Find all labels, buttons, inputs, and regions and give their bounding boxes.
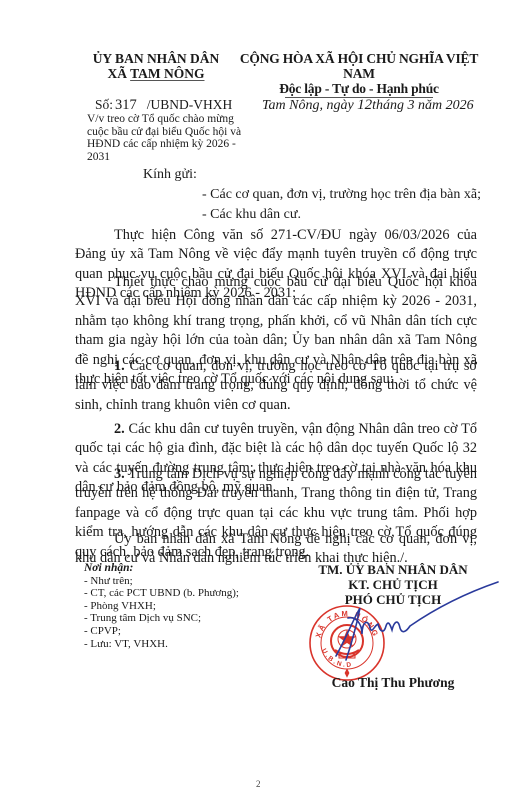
sign-line-1: TM. ỦY BAN NHÂN DÂN [300,562,486,577]
item-number: 2. [114,421,125,437]
authority-prefix: XÃ [107,66,130,81]
signer-name: Cao Thị Thu Phương [300,675,486,691]
so-suffix: /UBND-VHXH [147,97,233,112]
national-title: CỘNG HÒA XÃ HỘI CHỦ NGHĨA VIỆT NAM Độc l… [232,51,486,98]
item-number: 1. [114,358,125,374]
recipients-label: Kính gửi: [143,166,197,184]
recipient-item: - Các khu dân cư. [202,206,301,224]
handwritten-signature-icon [326,578,506,668]
place-date-suffix: tháng 3 năm 2026 [372,98,474,113]
place-date: Tam Nông, ngày 12tháng 3 năm 2026 [262,98,474,113]
nation-name: CỘNG HÒA XÃ HỘI CHỦ NGHĨA VIỆT NAM [232,51,486,81]
distribution-item: - Lưu: VT, VHXH. [84,638,239,651]
so-label: Số: [95,97,113,112]
item-number: 3. [114,466,125,482]
authority-line-2: XÃ TAM NÔNG [78,66,234,81]
page-number: 2 [256,779,261,787]
distribution-item: - CT, các PCT UBND (b. Phương); [84,587,239,600]
place-date-prefix: Tam Nông, ngày [262,98,357,113]
distribution-title: Nơi nhận: [84,562,239,575]
item-text: Các cơ quan, đơn vị, trường học treo cờ … [75,358,477,413]
national-motto: Độc lập - Tự do - Hạnh phúc [232,81,486,96]
distribution-item: - CPVP; [84,625,239,638]
document-number: Số:317/UBND-VHXH [95,97,232,113]
distribution-list: Nơi nhận: - Như trên; - CT, các PCT UBND… [84,562,239,650]
distribution-item: - Như trên; [84,575,239,588]
authority-name: TAM NÔNG [130,66,204,81]
distribution-item: - Phòng VHXH; [84,600,239,613]
document-subject: V/v treo cờ Tổ quốc chào mừng cuộc bầu c… [87,113,247,163]
issuing-authority: ỦY BAN NHÂN DÂN XÃ TAM NÔNG [78,51,234,81]
authority-line-1: ỦY BAN NHÂN DÂN [78,51,234,66]
so-number: 317 [115,97,137,113]
recipient-item: - Các cơ quan, đơn vị, trường học trên đ… [202,186,481,204]
body-item: 1. Các cơ quan, đơn vị, trường học treo … [75,357,477,415]
distribution-item: - Trung tâm Dịch vụ SNC; [84,612,239,625]
place-date-day: 12 [357,97,372,113]
